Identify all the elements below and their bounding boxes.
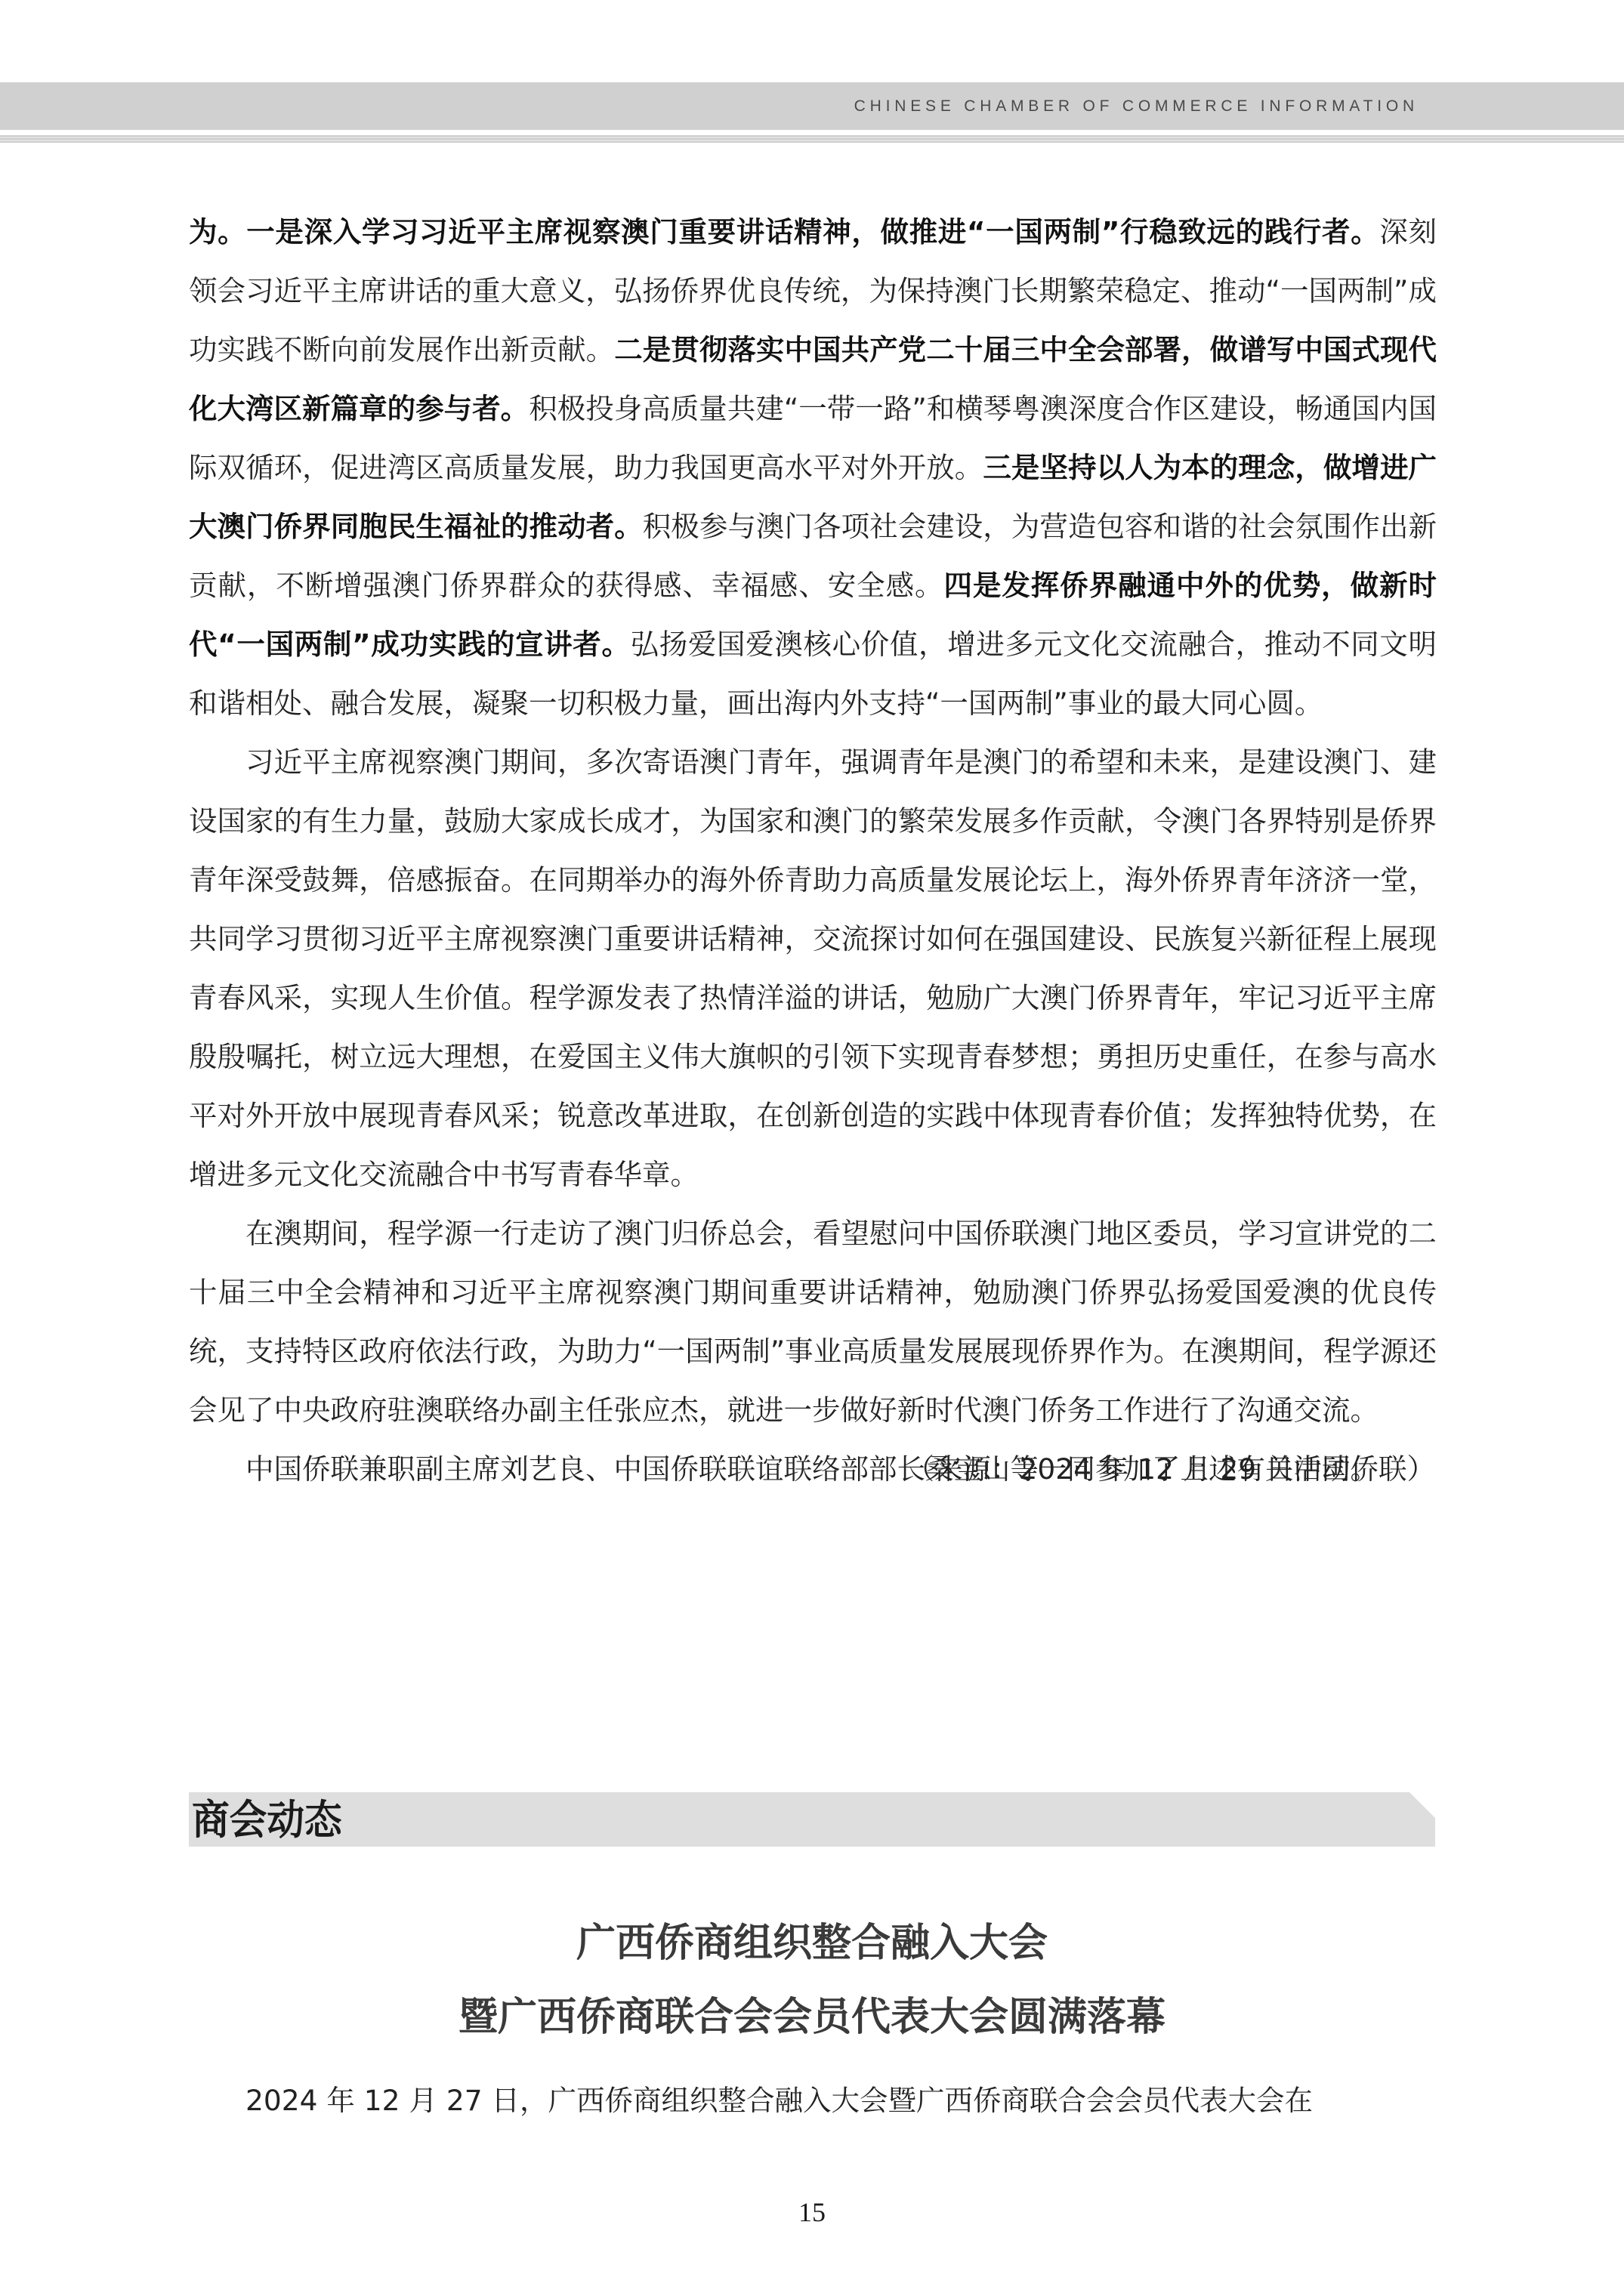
paragraph: 为。一是深入学习习近平主席视察澳门重要讲话精神，做推进“一国两制”行稳致远的践行… <box>189 202 1437 733</box>
publication-title: CHINESE CHAMBER OF COMMERCE INFORMATION <box>854 97 1419 116</box>
article-headline: 广西侨商组织整合融入大会 <box>189 1911 1435 1967</box>
paragraph: 在澳期间，程学源一行走访了澳门归侨总会，看望慰问中国侨联澳门地区委员，学习宣讲党… <box>189 1204 1437 1440</box>
section-header: 商会动态 <box>189 1792 1435 1847</box>
page-number: 15 <box>0 2196 1624 2228</box>
article2-body: 2024 年 12 月 27 日，广西侨商组织整合融入大会暨广西侨商联合会会员代… <box>189 2071 1437 2130</box>
body-text: 习近平主席视察澳门期间，多次寄语澳门青年，强调青年是澳门的希望和未来，是建设澳门… <box>189 745 1437 1191</box>
running-header: CHINESE CHAMBER OF COMMERCE INFORMATION <box>0 82 1624 130</box>
paragraph: 习近平主席视察澳门期间，多次寄语澳门青年，强调青年是澳门的希望和未来，是建设澳门… <box>189 733 1437 1204</box>
body-text: 在澳期间，程学源一行走访了澳门归侨总会，看望慰问中国侨联澳门地区委员，学习宣讲党… <box>189 1217 1437 1427</box>
bold-point-1: 为。一是深入学习习近平主席视察澳门重要讲话精神，做推进“一国两制”行稳致远的践行… <box>189 215 1379 248</box>
section-title: 商会动态 <box>192 1795 342 1844</box>
header-divider <box>0 135 1624 143</box>
article-subheadline: 暨广西侨商联合会会员代表大会圆满落幕 <box>189 1985 1435 2041</box>
article-body: 为。一是深入学习习近平主席视察澳门重要讲话精神，做推进“一国两制”行稳致远的践行… <box>189 202 1437 1498</box>
paragraph: 2024 年 12 月 27 日，广西侨商组织整合融入大会暨广西侨商联合会会员代… <box>189 2071 1437 2130</box>
